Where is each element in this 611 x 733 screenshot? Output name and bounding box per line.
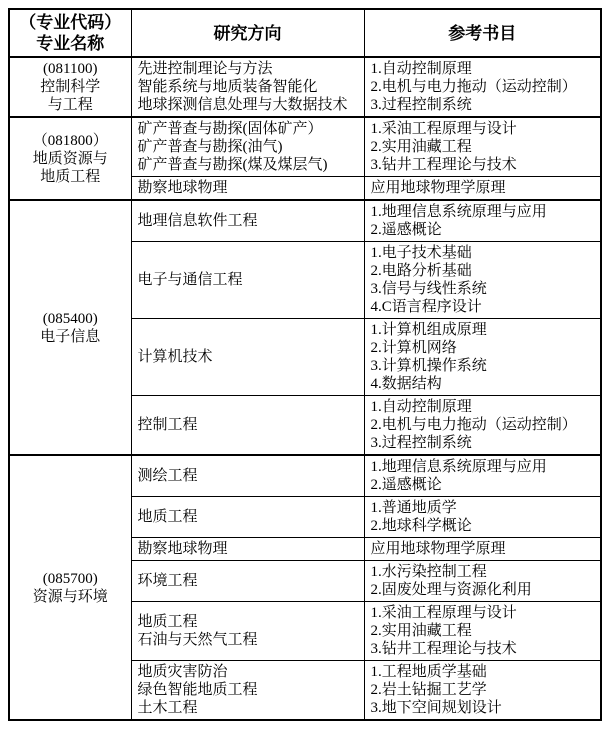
table-row: (085700)资源与环境测绘工程1.地理信息系统原理与应用2.遥感概论 [9,455,601,497]
major-cell: (081100)控制科学与工程 [9,57,131,117]
direction-cell: 地理信息软件工程 [131,200,364,242]
reference-line: 1.电子技术基础 [371,244,595,262]
reference-line: 应用地球物理学原理 [371,540,595,558]
references-cell: 1.水污染控制工程2.固废处理与资源化利用 [364,561,601,602]
direction-line: 电子与通信工程 [138,271,358,289]
direction-line: 地质工程 [138,508,358,526]
references-cell: 应用地球物理学原理 [364,538,601,561]
reference-line: 2.地球科学概论 [371,517,595,535]
major-name-line: 地质工程 [12,168,129,186]
major-name-line: 地质资源与 [12,150,129,168]
direction-line: 石油与天然气工程 [138,631,358,649]
reference-line: 1.工程地质学基础 [371,663,595,681]
direction-line: 测绘工程 [138,467,358,485]
references-cell: 1.工程地质学基础2.岩土钻掘工艺学3.地下空间规划设计 [364,661,601,721]
reference-line: 2.遥感概论 [371,221,595,239]
direction-line: 地理信息软件工程 [138,212,358,230]
reference-line: 3.计算机操作系统 [371,357,595,375]
direction-line: 地质工程 [138,613,358,631]
direction-cell: 先进控制理论与方法智能系统与地质装备智能化地球探测信息处理与大数据技术 [131,57,364,117]
references-cell: 1.采油工程原理与设计2.实用油藏工程3.钻井工程理论与技术 [364,602,601,661]
direction-line: 控制工程 [138,416,358,434]
major-cell: (085700)资源与环境 [9,455,131,720]
major-name-line: 电子信息 [12,328,129,346]
reference-line: 3.钻井工程理论与技术 [371,156,595,174]
major-code: (085400) [12,310,129,328]
direction-line: 地质灾害防治 [138,663,358,681]
reference-line: 2.电机与电力拖动（运动控制） [371,78,595,96]
reference-line: 2.岩土钻掘工艺学 [371,681,595,699]
reference-line: 4.数据结构 [371,375,595,393]
references-cell: 1.地理信息系统原理与应用2.遥感概论 [364,455,601,497]
major-code: (081100) [12,60,129,78]
reference-line: 2.计算机网络 [371,339,595,357]
direction-cell: 勘察地球物理 [131,177,364,201]
direction-line: 环境工程 [138,572,358,590]
references-cell: 1.电子技术基础2.电路分析基础3.信号与线性系统4.C语言程序设计 [364,242,601,319]
direction-cell: 地质工程石油与天然气工程 [131,602,364,661]
header-major-line1: （专业代码） [14,12,127,33]
table-row: （081800）地质资源与地质工程矿产普查与勘探(固体矿产）矿产普查与勘探(油气… [9,117,601,177]
references-cell: 应用地球物理学原理 [364,177,601,201]
major-name-line: 与工程 [12,96,129,114]
direction-line: 矿产普查与勘探(油气) [138,138,358,156]
reference-line: 1.普通地质学 [371,499,595,517]
reference-line: 3.地下空间规划设计 [371,699,595,717]
reference-line: 1.采油工程原理与设计 [371,604,595,622]
majors-table: （专业代码） 专业名称 研究方向 参考书目 (081100)控制科学与工程先进控… [8,8,602,721]
direction-line: 勘察地球物理 [138,540,358,558]
reference-line: 3.信号与线性系统 [371,280,595,298]
direction-cell: 计算机技术 [131,319,364,396]
direction-cell: 勘察地球物理 [131,538,364,561]
reference-line: 3.过程控制系统 [371,96,595,114]
references-cell: 1.采油工程原理与设计2.实用油藏工程3.钻井工程理论与技术 [364,117,601,177]
reference-line: 1.自动控制原理 [371,60,595,78]
reference-line: 2.遥感概论 [371,476,595,494]
direction-line: 智能系统与地质装备智能化 [138,78,358,96]
reference-line: 1.采油工程原理与设计 [371,120,595,138]
references-cell: 1.自动控制原理2.电机与电力拖动（运动控制）3.过程控制系统 [364,396,601,456]
major-code: （081800） [12,132,129,150]
reference-line: 2.实用油藏工程 [371,138,595,156]
major-name-line: 控制科学 [12,78,129,96]
major-name-line: 资源与环境 [12,588,129,606]
header-references: 参考书目 [364,9,601,57]
reference-line: 2.固废处理与资源化利用 [371,581,595,599]
reference-line: 2.电路分析基础 [371,262,595,280]
direction-cell: 矿产普查与勘探(固体矿产）矿产普查与勘探(油气)矿产普查与勘探(煤及煤层气) [131,117,364,177]
major-cell: (085400)电子信息 [9,200,131,455]
header-direction: 研究方向 [131,9,364,57]
reference-line: 3.过程控制系统 [371,434,595,452]
major-code: (085700) [12,570,129,588]
direction-line: 勘察地球物理 [138,179,358,197]
table-body: (081100)控制科学与工程先进控制理论与方法智能系统与地质装备智能化地球探测… [9,57,601,720]
direction-cell: 测绘工程 [131,455,364,497]
header-row: （专业代码） 专业名称 研究方向 参考书目 [9,9,601,57]
references-cell: 1.计算机组成原理2.计算机网络3.计算机操作系统4.数据结构 [364,319,601,396]
references-cell: 1.自动控制原理2.电机与电力拖动（运动控制）3.过程控制系统 [364,57,601,117]
direction-cell: 地质工程 [131,497,364,538]
direction-line: 绿色智能地质工程 [138,681,358,699]
reference-line: 1.自动控制原理 [371,398,595,416]
reference-line: 应用地球物理学原理 [371,179,595,197]
direction-line: 计算机技术 [138,348,358,366]
direction-line: 地球探测信息处理与大数据技术 [138,96,358,114]
reference-line: 1.水污染控制工程 [371,563,595,581]
direction-cell: 地质灾害防治绿色智能地质工程土木工程 [131,661,364,721]
reference-line: 4.C语言程序设计 [371,298,595,316]
direction-cell: 环境工程 [131,561,364,602]
header-major-line2: 专业名称 [14,33,127,54]
table-row: (081100)控制科学与工程先进控制理论与方法智能系统与地质装备智能化地球探测… [9,57,601,117]
table-row: (085400)电子信息地理信息软件工程1.地理信息系统原理与应用2.遥感概论 [9,200,601,242]
direction-cell: 电子与通信工程 [131,242,364,319]
direction-cell: 控制工程 [131,396,364,456]
reference-line: 2.实用油藏工程 [371,622,595,640]
document-page: （专业代码） 专业名称 研究方向 参考书目 (081100)控制科学与工程先进控… [0,0,611,733]
direction-line: 先进控制理论与方法 [138,60,358,78]
reference-line: 1.计算机组成原理 [371,321,595,339]
reference-line: 2.电机与电力拖动（运动控制） [371,416,595,434]
direction-line: 矿产普查与勘探(煤及煤层气) [138,156,358,174]
direction-line: 矿产普查与勘探(固体矿产） [138,120,358,138]
reference-line: 1.地理信息系统原理与应用 [371,458,595,476]
references-cell: 1.普通地质学2.地球科学概论 [364,497,601,538]
reference-line: 3.钻井工程理论与技术 [371,640,595,658]
references-cell: 1.地理信息系统原理与应用2.遥感概论 [364,200,601,242]
direction-line: 土木工程 [138,699,358,717]
header-major: （专业代码） 专业名称 [9,9,131,57]
major-cell: （081800）地质资源与地质工程 [9,117,131,200]
reference-line: 1.地理信息系统原理与应用 [371,203,595,221]
